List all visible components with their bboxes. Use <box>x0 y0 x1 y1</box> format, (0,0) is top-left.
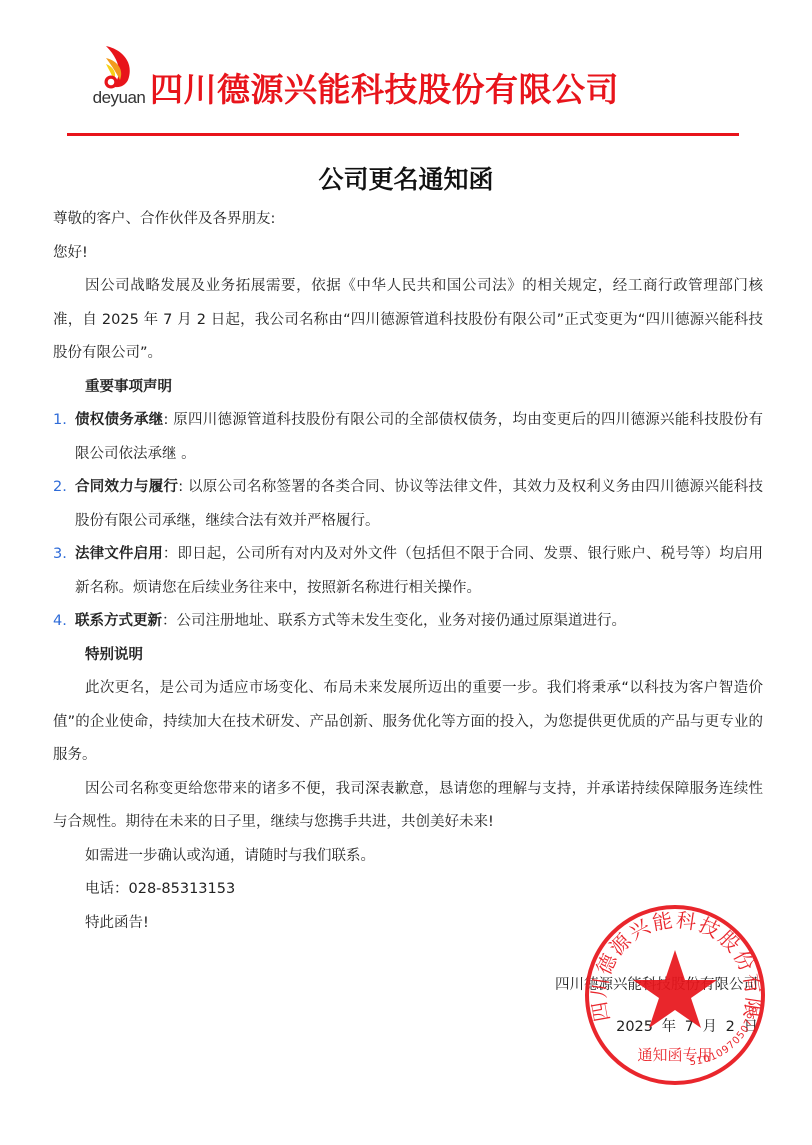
list-number: 3. <box>53 538 67 572</box>
list-number: 4. <box>53 605 67 639</box>
list-item-text: 公司注册地址、联系方式等未发生变化，业务对接仍通过原渠道进行。 <box>177 613 627 629</box>
list-number: 1. <box>53 404 67 438</box>
list-item-sep: ： <box>163 546 178 562</box>
list-item: 4. 联系方式更新：公司注册地址、联系方式等未发生变化，业务对接仍通过原渠道进行… <box>53 605 763 639</box>
list-item-key: 债权债务承继 <box>75 412 164 428</box>
notice-letter-page: deyuan 四川德源兴能科技股份有限公司 公司更名通知函 尊敬的客户、合作伙伴… <box>0 0 812 1145</box>
header-divider <box>67 133 739 136</box>
list-item-text: 原四川德源管道科技股份有限公司的全部债权债务，均由变更后的四川德源兴能科技股份有… <box>75 412 763 462</box>
important-matters-heading: 重要事项声明 <box>53 371 763 405</box>
list-item-key: 联系方式更新 <box>75 613 162 629</box>
special-paragraph-1: 此次更名，是公司为适应市场变化、布局未来发展所迈出的重要一步。我们将秉承“以科技… <box>53 672 763 773</box>
special-paragraph-2: 因公司名称变更给您带来的诸多不便，我司深表歉意，恳请您的理解与支持，并承诺持续保… <box>53 773 763 840</box>
seal-bottom-text: 通知函专用 <box>637 1046 712 1064</box>
special-notes-heading: 特别说明 <box>53 639 763 673</box>
company-logo: deyuan <box>84 44 154 114</box>
list-item-key: 合同效力与履行 <box>75 479 178 495</box>
greeting: 您好! <box>53 237 763 271</box>
list-item-sep: ： <box>162 613 177 629</box>
document-title: 公司更名通知函 <box>0 160 812 196</box>
company-seal-icon: 四川德源兴能科技股份有限公司 5101097050798 通知函专用 <box>580 900 770 1090</box>
list-item: 2. 合同效力与履行: 以原公司名称签署的各类合同、协议等法律文件，其效力及权利… <box>53 471 763 538</box>
list-item: 3. 法律文件启用：即日起，公司所有对内及对外文件（包括但不限于合同、发票、银行… <box>53 538 763 605</box>
contact-line: 如需进一步确认或沟通，请随时与我们联系。 <box>53 840 763 874</box>
list-item-sep: : <box>178 479 188 495</box>
salutation: 尊敬的客户、合作伙伴及各界朋友: <box>53 203 763 237</box>
company-name-header: 四川德源兴能科技股份有限公司 <box>150 64 619 111</box>
intro-paragraph: 因公司战略发展及业务拓展需要，依据《中华人民共和国公司法》的相关规定，经工商行政… <box>53 270 763 371</box>
letter-body: 尊敬的客户、合作伙伴及各界朋友: 您好! 因公司战略发展及业务拓展需要，依据《中… <box>53 203 763 940</box>
list-item-text: 即日起，公司所有对内及对外文件（包括但不限于合同、发票、银行账户、税号等）均启用… <box>75 546 763 596</box>
list-item-key: 法律文件启用 <box>75 546 163 562</box>
list-item-sep: : <box>164 412 174 428</box>
list-item: 1. 债权债务承继: 原四川德源管道科技股份有限公司的全部债权债务，均由变更后的… <box>53 404 763 471</box>
logo-wordmark: deyuan <box>84 88 154 108</box>
logo-flame-icon <box>98 44 138 90</box>
list-number: 2. <box>53 471 67 505</box>
